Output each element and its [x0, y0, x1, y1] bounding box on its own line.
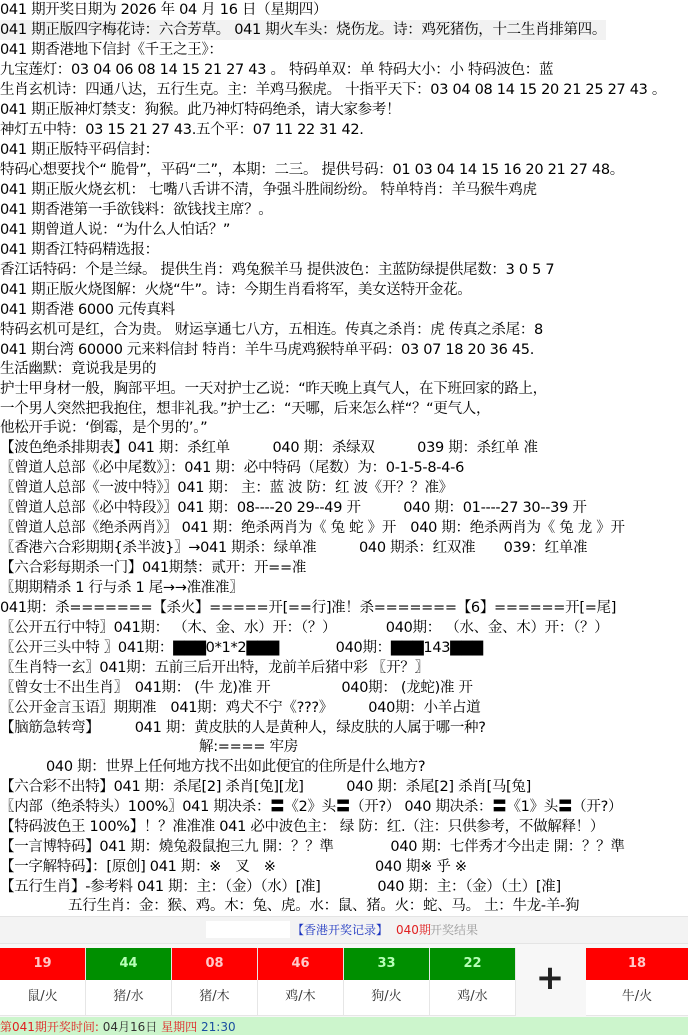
text-line: 生活幽默：竟说我是男的: [0, 359, 156, 379]
ball-zodiac: 牛/火: [586, 980, 688, 1014]
ball-4: 46 鸡/木: [258, 948, 344, 1016]
text-line: 【六合彩不出特】041 期：杀尾[2] 杀肖[兔][龙] 040 期：杀尾[2]…: [0, 777, 531, 797]
draw-time-prefix: 第041期开奖时间:: [0, 1020, 99, 1034]
text-line: 041 期香港 6000 元传真料: [0, 300, 175, 320]
text-line: 九宝莲灯：03 04 06 08 14 15 21 27 43 。 特码单双：单…: [0, 60, 553, 80]
text-line: 041 期正版特平码信封：: [0, 140, 159, 160]
text-line: 他松开手说：‘倒霉，是个男的’。”: [0, 418, 207, 438]
ball-number: 33: [344, 948, 429, 980]
ball-6: 22 鸡/水: [430, 948, 516, 1016]
text-line: 041期：杀=======【杀火】=====开[==行]准！杀=======【6…: [0, 598, 616, 618]
draw-date: 04月16日: [103, 1020, 158, 1034]
text-line: 〖曾女士不出生肖〗 041期： (牛 龙)准 开 040期： (龙蛇)准 开: [0, 678, 473, 698]
text-line: 特码玄机可是红，合为贵。 财运享通七八方，五相连。传真之杀肖：虎 传真之杀尾：8: [0, 320, 543, 340]
text-line: 〖曾道人总部《一波中特》〗041 期： 主：蓝 波 防：红 波《开？？准》: [0, 478, 453, 498]
ball-zodiac: 鼠/火: [0, 980, 85, 1014]
text-line: 〖公开三头中特 〗041期：▇▇▇0*1*2▇▇▇ 040期：▇▇▇143▇▇▇: [0, 638, 483, 658]
draw-time: 21:30: [201, 1020, 236, 1034]
text-line: 040 期：世界上任何地方找不出如此便宜的住所是什么地方?: [46, 757, 425, 777]
ball-zodiac: 猪/水: [86, 980, 171, 1014]
draw-time-bar: 第041期开奖时间: 04月16日 星期四 21:30: [0, 1017, 688, 1035]
text-line: 〖公开五行中特〗041期： （木、金、水）开：（？） 040期： （水、金、木）…: [0, 618, 608, 638]
ball-1: 19 鼠/火: [0, 948, 86, 1016]
text-line: 〖香港六合彩期期{杀半波}〗→041 期杀：绿单准 040 期杀：红双准 039…: [0, 538, 587, 558]
ball-number: 46: [258, 948, 343, 980]
text-line: 【脑筋急转弯】 041 期：黄皮肤的人是黄种人，绿皮肤的人属于哪一种?: [0, 718, 486, 738]
ball-zodiac: 狗/火: [344, 980, 429, 1014]
text-line: 一个男人突然把我抱住，想非礼我。”护士乙：“天哪，后来怎么样“？“更气人，: [0, 399, 490, 419]
text-line: 041 期正版火烧玄机： 七嘴八舌讲不清，争强斗胜闹纷纷。 特单特肖：羊马猴牛鸡…: [0, 180, 537, 200]
text-line: 〖生肖特一玄〗041期：五前三后开出特，龙前羊后猪中彩 〖开？〗: [0, 658, 429, 678]
ball-3: 08 猪/木: [172, 948, 258, 1016]
text-line: 041 期香江特码精选报：: [0, 240, 159, 260]
text-line: 【一言博特码】041 期：燒兔殺鼠抱三九 開：？？準 040 期：七伴秀才今出走…: [0, 837, 625, 857]
text-line: 香江话特码：个是兰绿。 提供生肖：鸡兔猴羊马 提供波色：主蓝防绿提供尾数：3 0…: [0, 260, 554, 280]
ball-2: 44 猪/水: [86, 948, 172, 1016]
text-line: 041 期开奖日期为 2026 年 04 月 16 日（星期四）: [0, 0, 327, 20]
text-line: 特码心想要找个“ 脆骨”，平码“二”，本期：二三。 提供号码：01 03 04 …: [0, 160, 624, 180]
text-line: 护士甲身材一般，胸部平坦。一天对护士乙说：“昨天晚上真气人，在下班回家的路上，: [0, 379, 547, 399]
text-line: 【特码波色王 100%】！？准准准 041 必中波色主： 绿 防：红.（注：只供…: [0, 817, 604, 837]
text-line: 神灯五中特：03 15 21 27 43.五个平：07 11 22 31 42.: [0, 120, 364, 140]
text-line: 041 期曾道人说：“为什么人怕话？”: [0, 220, 230, 240]
blank-box: [206, 921, 290, 938]
text-line: 041 期正版四字梅花诗：六合芳草。 041 期火车头：烧伤龙。诗：鸡死猪伤，十…: [0, 20, 606, 40]
text-line: 041 期台湾 60000 元来料信封 特肖：羊牛马虎鸡猴特单平码：03 07 …: [0, 340, 534, 360]
text-line: 041 期香港地下信封《千王之王》：: [0, 40, 223, 60]
text-line: 生肖玄机诗：四通八达，五行生克。主：羊鸡马猴虎。 十指平天下：03 04 08 …: [0, 80, 666, 100]
text-line: 【五行生肖】-参考料 041 期：主：（金）（水）[准] 040 期：主：（金）…: [0, 877, 561, 897]
result-title-link[interactable]: 【香港开奖记录】: [292, 917, 388, 943]
text-line: 〖公开金言玉语〗期期准 041期：鸡犬不宁《???》 040期：小羊占道: [0, 698, 480, 718]
text-line: 五行生肖：金：猴、鸡。木：兔、虎。水：鼠、猪。火：蛇、马。 土：牛龙-羊-狗: [68, 896, 579, 916]
ball-number: 22: [430, 948, 515, 980]
text-line: 〖曾道人总部《必中尾数》〗：041 期：必中特码（尾数）为：0-1-5-8-4-…: [0, 458, 464, 478]
text-line: 041 期正版神灯禁支：狗猴。此乃神灯特码绝杀，请大家参考！: [0, 100, 400, 120]
text-line: 041 期正版火烧图解：火烧“牛”。诗：今期生肖看将军，美女送特开金花。: [0, 280, 472, 300]
ball-zodiac: 鸡/水: [430, 980, 515, 1014]
result-label: 开奖结果: [430, 917, 478, 943]
ball-number: 18: [586, 948, 688, 980]
ball-number: 44: [86, 948, 171, 980]
plus-icon: +: [515, 958, 585, 998]
draw-weekday: 星期四: [161, 1020, 197, 1034]
text-line: 【一字解特码】：[原创] 041 期：※ 叉 ※ 040 期※ 乎 ※: [0, 857, 467, 877]
text-line: 【六合彩每期杀一门】041期禁：贰开：开==准: [0, 558, 306, 578]
text-line: 【波色绝杀排期表】041 期：杀红单 040 期：杀绿双 039 期：杀红单 准: [0, 438, 538, 458]
ball-zodiac: 猪/木: [172, 980, 257, 1014]
text-line: 〖曾道人总部《必中特段》〗041 期：08----20 29--49 开 040…: [0, 498, 587, 518]
ball-5: 33 狗/火: [344, 948, 430, 1016]
special-ball: 18 牛/火: [586, 948, 688, 1016]
result-header: 【香港开奖记录】 040期 开奖结果: [0, 916, 688, 944]
text-line: 〖曾道人总部《绝杀两肖》〗 041 期：绝杀两肖为《 兔 蛇 》开 040 期：…: [0, 518, 625, 538]
ball-number: 08: [172, 948, 257, 980]
text-line: 〖期期精杀 1 行与杀 1 尾→→准准准〗: [0, 578, 243, 598]
text-line: 041 期香港第一手欲钱料：欲钱找主席？。: [0, 200, 272, 220]
ball-number: 19: [0, 948, 85, 980]
text-line: 〖内部（绝杀特头）100%〗041 期决杀：〓《2》头〓（开?） 040 期决杀…: [0, 797, 622, 817]
result-issue: 040期: [396, 917, 431, 943]
ball-zodiac: 鸡/木: [258, 980, 343, 1014]
text-line: 解:==== 牢房: [199, 737, 298, 757]
